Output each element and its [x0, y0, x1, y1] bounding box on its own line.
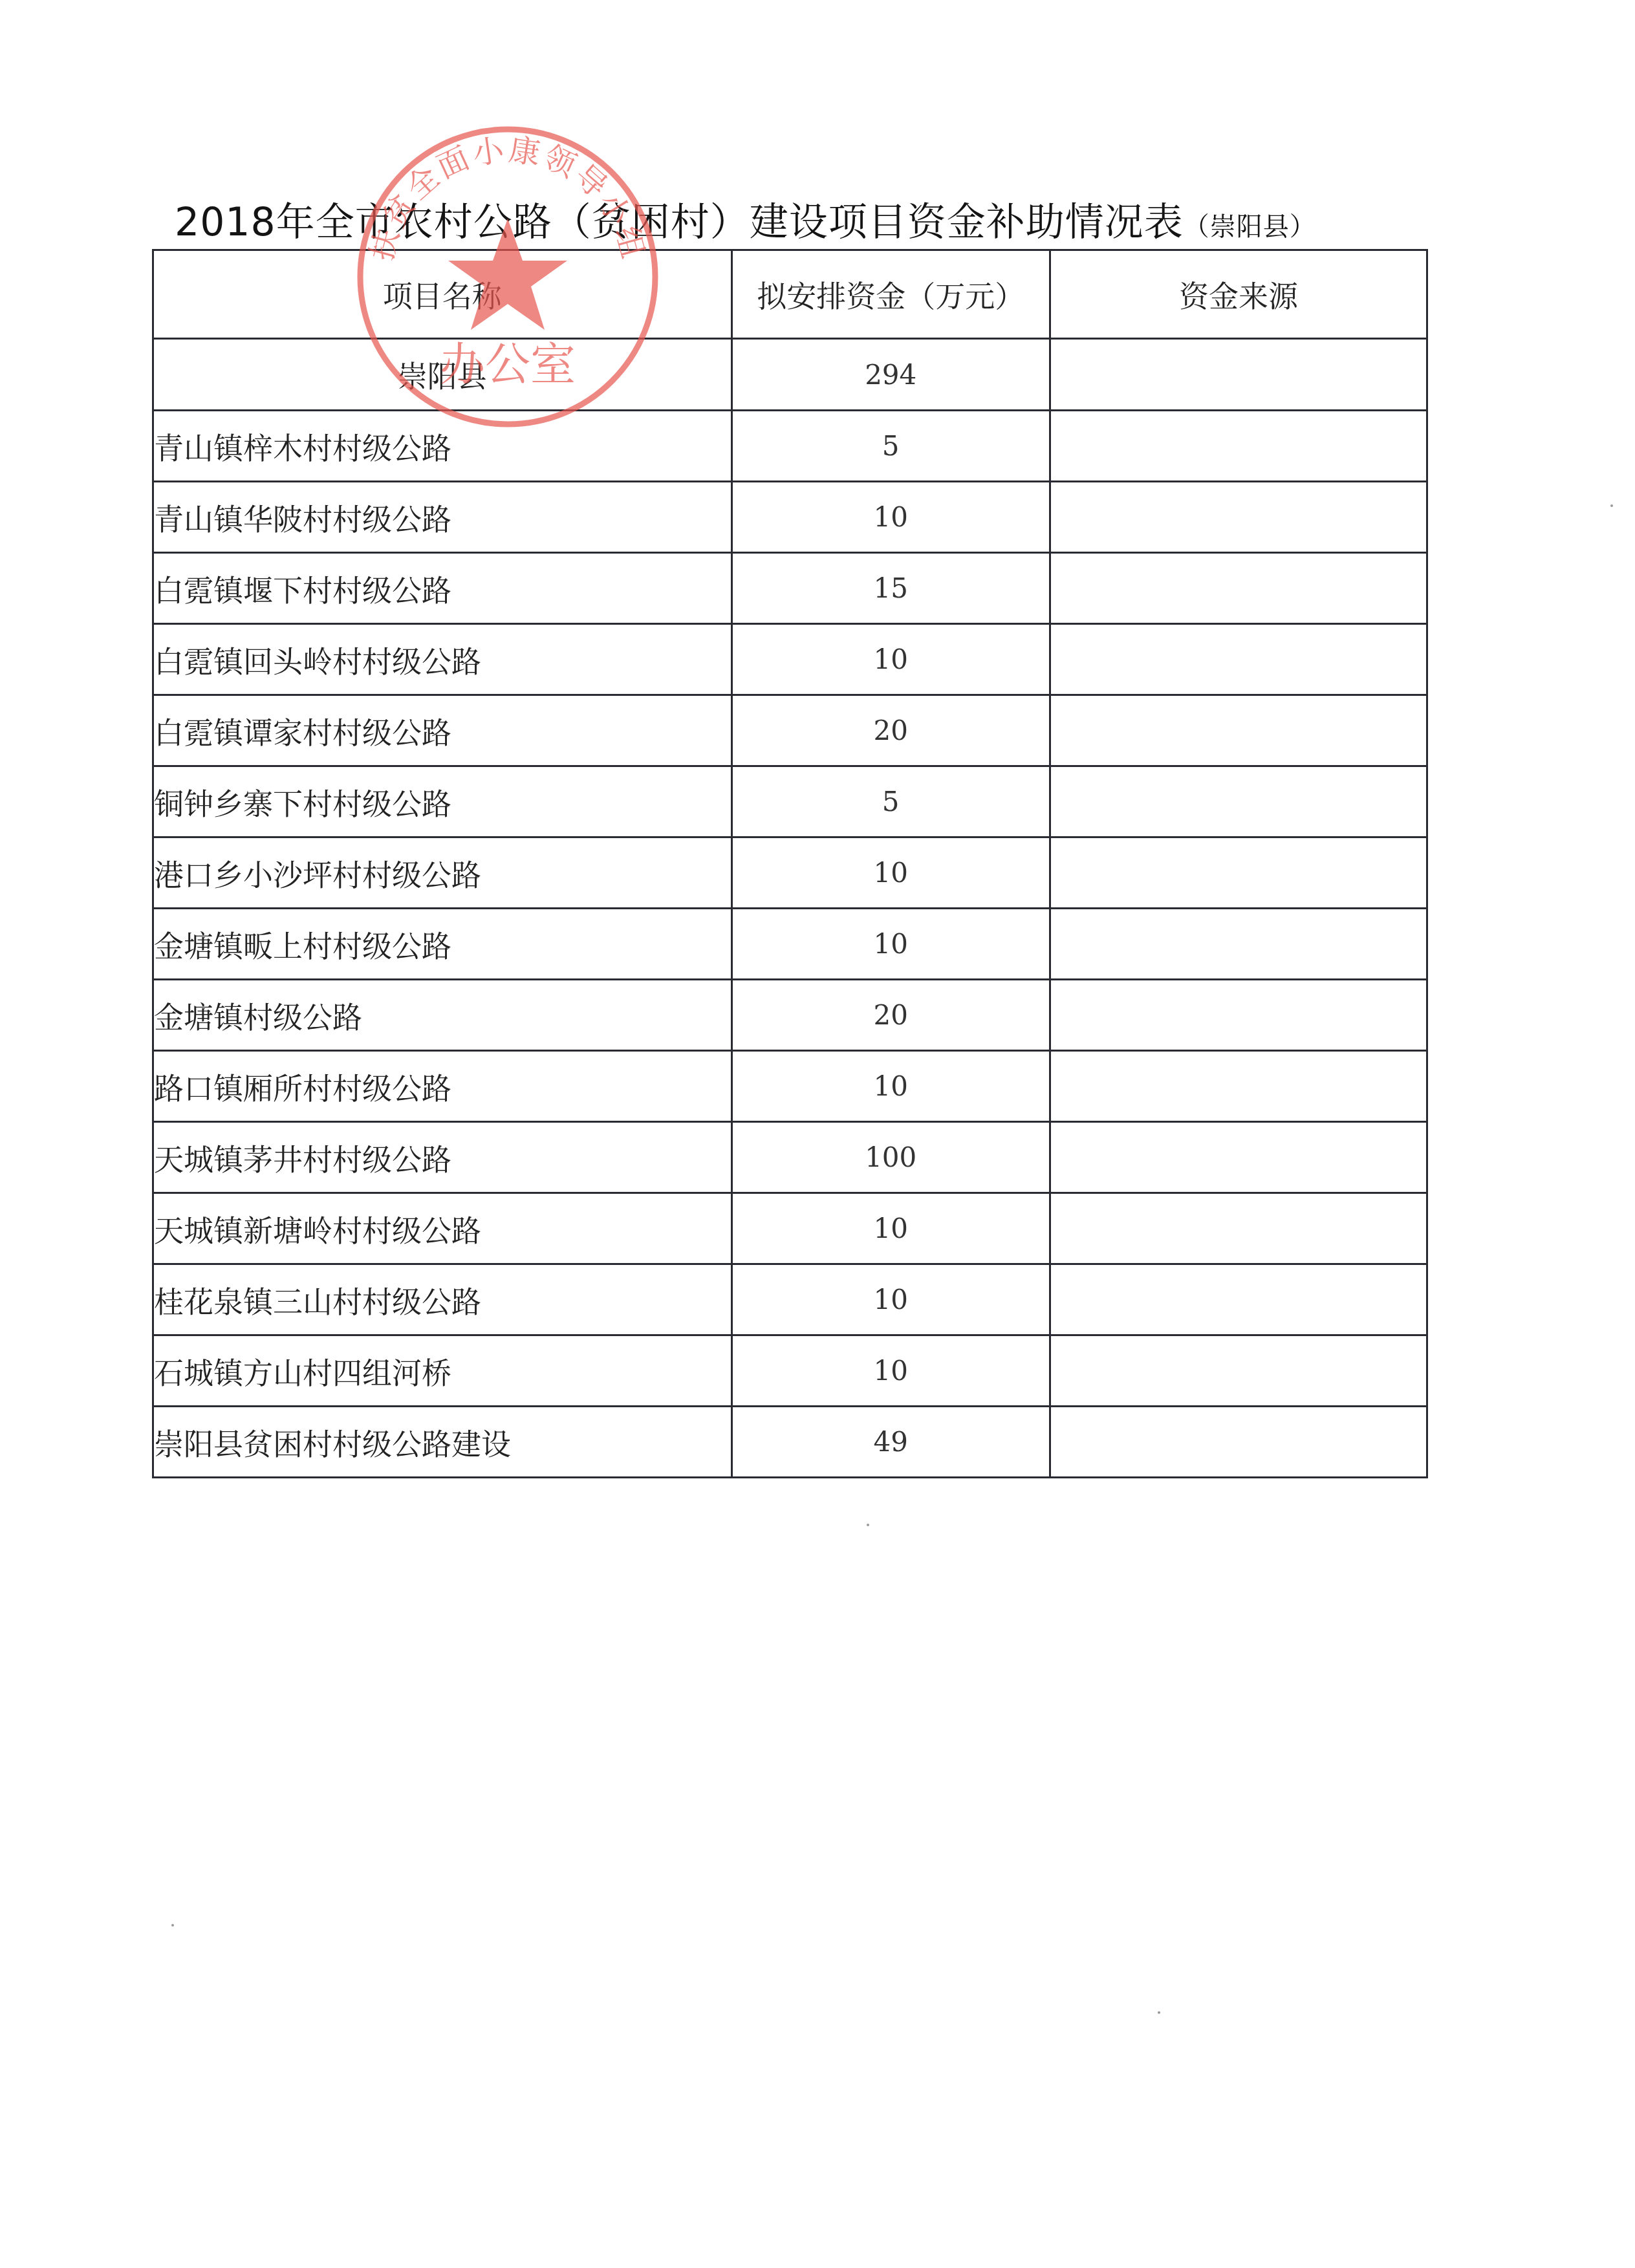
- header-project-name: 项目名称: [153, 250, 732, 339]
- project-amount: 20: [731, 980, 1050, 1051]
- project-source: [1050, 1193, 1427, 1264]
- scan-speck: [1610, 504, 1613, 507]
- funding-table: 项目名称 拟安排资金（万元） 资金来源 崇阳县 294 青山镇梓木村村级公路5青…: [152, 249, 1428, 1478]
- project-amount: 5: [731, 766, 1050, 837]
- project-name: 石城镇方山村四组河桥: [153, 1335, 732, 1407]
- project-amount: 20: [731, 695, 1050, 766]
- scan-speck: [867, 1524, 869, 1526]
- table-row: 白霓镇回头岭村村级公路10: [153, 624, 1427, 695]
- project-source: [1050, 695, 1427, 766]
- project-name: 金塘镇畈上村村级公路: [153, 909, 732, 980]
- project-name: 青山镇华陂村村级公路: [153, 482, 732, 553]
- table-row: 港口乡小沙坪村村级公路10: [153, 837, 1427, 909]
- project-name: 崇阳县贫困村村级公路建设: [153, 1407, 732, 1478]
- project-name: 金塘镇村级公路: [153, 980, 732, 1051]
- project-source: [1050, 909, 1427, 980]
- table-row: 崇阳县贫困村村级公路建设49: [153, 1407, 1427, 1478]
- scan-speck: [171, 1924, 174, 1927]
- project-source: [1050, 980, 1427, 1051]
- project-name: 路口镇厢所村村级公路: [153, 1051, 732, 1122]
- project-amount: 100: [731, 1122, 1050, 1193]
- table-row: 青山镇梓木村村级公路5: [153, 411, 1427, 482]
- project-name: 天城镇茅井村村级公路: [153, 1122, 732, 1193]
- project-amount: 10: [731, 837, 1050, 909]
- project-source: [1050, 1122, 1427, 1193]
- project-source: [1050, 624, 1427, 695]
- project-name: 港口乡小沙坪村村级公路: [153, 837, 732, 909]
- table-row: 白霓镇谭家村村级公路20: [153, 695, 1427, 766]
- title-suffix: （崇阳县）: [1184, 212, 1316, 242]
- project-source: [1050, 1264, 1427, 1335]
- table-row: 白霓镇堰下村村级公路15: [153, 553, 1427, 624]
- project-name: 桂花泉镇三山村村级公路: [153, 1264, 732, 1335]
- table-row: 天城镇新塘岭村村级公路10: [153, 1193, 1427, 1264]
- project-source: [1050, 1407, 1427, 1478]
- total-row: 崇阳县 294: [153, 339, 1427, 411]
- total-name: 崇阳县: [153, 339, 732, 411]
- table-row: 金塘镇畈上村村级公路10: [153, 909, 1427, 980]
- project-amount: 15: [731, 553, 1050, 624]
- total-amount: 294: [731, 339, 1050, 411]
- header-amount: 拟安排资金（万元）: [731, 250, 1050, 339]
- project-amount: 10: [731, 1193, 1050, 1264]
- project-source: [1050, 1335, 1427, 1407]
- project-name: 天城镇新塘岭村村级公路: [153, 1193, 732, 1264]
- table-row: 天城镇茅井村村级公路100: [153, 1122, 1427, 1193]
- table-row: 铜钟乡寨下村村级公路5: [153, 766, 1427, 837]
- scan-speck: [1158, 2011, 1160, 2014]
- project-amount: 10: [731, 482, 1050, 553]
- project-amount: 5: [731, 411, 1050, 482]
- project-source: [1050, 1051, 1427, 1122]
- table-row: 青山镇华陂村村级公路10: [153, 482, 1427, 553]
- header-source: 资金来源: [1050, 250, 1427, 339]
- project-source: [1050, 766, 1427, 837]
- table-header-row: 项目名称 拟安排资金（万元） 资金来源: [153, 250, 1427, 339]
- table-row: 路口镇厢所村村级公路10: [153, 1051, 1427, 1122]
- table-row: 金塘镇村级公路20: [153, 980, 1427, 1051]
- project-name: 白霓镇谭家村村级公路: [153, 695, 732, 766]
- project-source: [1050, 482, 1427, 553]
- table-row: 桂花泉镇三山村村级公路10: [153, 1264, 1427, 1335]
- total-source: [1050, 339, 1427, 411]
- project-name: 白霓镇堰下村村级公路: [153, 553, 732, 624]
- project-name: 白霓镇回头岭村村级公路: [153, 624, 732, 695]
- project-amount: 49: [731, 1407, 1050, 1478]
- table-row: 石城镇方山村四组河桥10: [153, 1335, 1427, 1407]
- project-amount: 10: [731, 1051, 1050, 1122]
- project-amount: 10: [731, 1264, 1050, 1335]
- project-source: [1050, 837, 1427, 909]
- project-amount: 10: [731, 909, 1050, 980]
- project-name: 青山镇梓木村村级公路: [153, 411, 732, 482]
- project-source: [1050, 411, 1427, 482]
- project-name: 铜钟乡寨下村村级公路: [153, 766, 732, 837]
- document-title: 2018年全市农村公路（贫困村）建设项目资金补助情况表（崇阳县）: [175, 191, 1316, 247]
- title-main: 2018年全市农村公路（贫困村）建设项目资金补助情况表: [175, 200, 1184, 245]
- project-amount: 10: [731, 624, 1050, 695]
- project-source: [1050, 553, 1427, 624]
- project-amount: 10: [731, 1335, 1050, 1407]
